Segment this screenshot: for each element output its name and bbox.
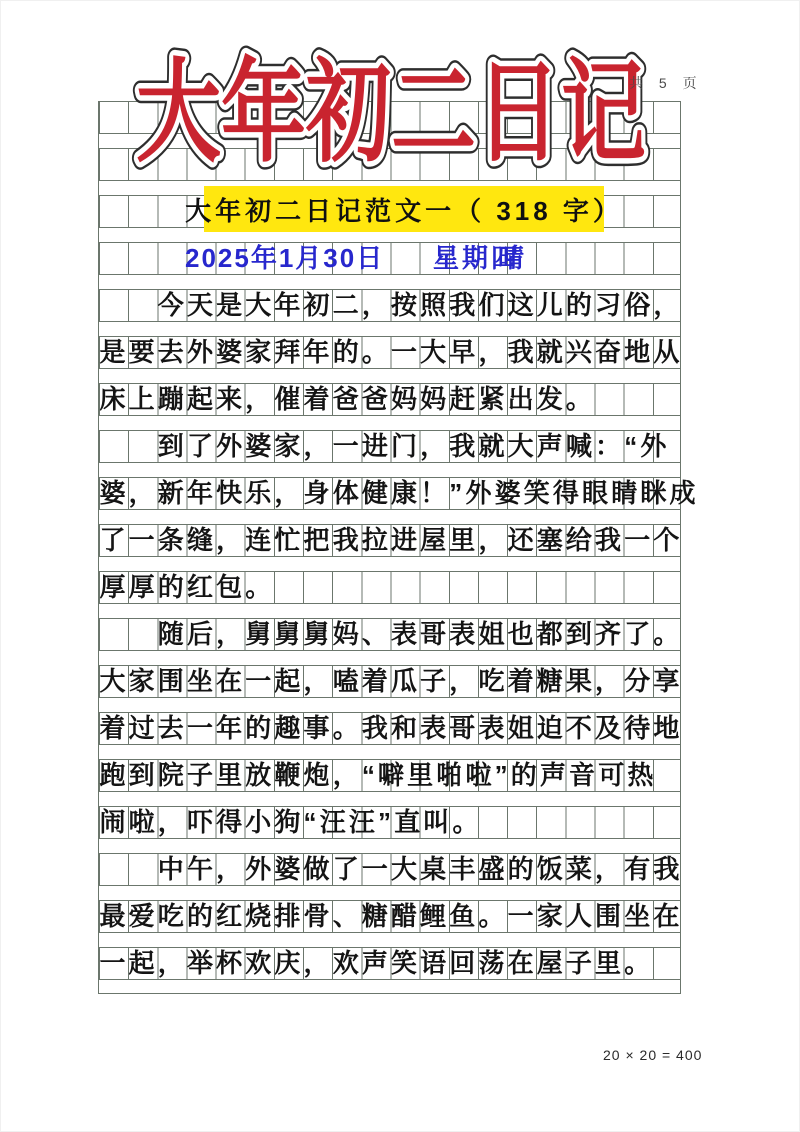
body-line: 厚厚的红包。: [98, 572, 698, 603]
body-line: 中午，外婆做了一大桌丰盛的饭菜，有我: [98, 854, 698, 885]
sheet-note: 20 × 20 = 400: [603, 1047, 702, 1063]
body-line: 了一条缝，连忙把我拉进屋里，还塞给我一个: [98, 525, 698, 556]
page-title: 大年初二日记: [136, 50, 646, 175]
body-line: 一起，举杯欢庆，欢声笑语回荡在屋子里。: [98, 948, 698, 979]
body-line: 闹啦，吓得小狗“汪汪”直叫。: [98, 807, 698, 838]
body-line: 最爱吃的红烧排骨、糖醋鲤鱼。一家人围坐在: [98, 901, 698, 932]
subtitle-highlight: 大年初二日记范文一（ 318 字）: [204, 186, 604, 232]
body-line: 着过去一年的趣事。我和表哥表姐迫不及待地: [98, 713, 698, 744]
body-line: 随后，舅舅舅妈、表哥表姐也都到齐了。: [98, 619, 698, 650]
weather-text: 晴: [498, 243, 524, 274]
subtitle-text: 大年初二日记范文一（ 318 字）: [185, 191, 623, 228]
body-line: 大家围坐在一起，嗑着瓜子，吃着糖果，分享: [98, 666, 698, 697]
page-title-art: 大年初二日记 大年初二日记 大年初二日记: [119, 36, 664, 186]
body-line: 是要去外婆家拜年的。一大早，我就兴奋地从: [98, 337, 698, 368]
pages-note: 共 5 页: [629, 73, 703, 93]
body-line: 床上蹦起来，催着爸爸妈妈赶紧出发。: [98, 384, 698, 415]
body-line: 到了外婆家，一进门，我就大声喊：“外: [98, 431, 698, 462]
body-line: 婆，新年快乐，身体健康！”外婆笑得眼睛眯成: [98, 478, 698, 509]
body-line: 跑到院子里放鞭炮，“噼里啪啦”的声音可热: [98, 760, 698, 791]
diary-page: 大年初二日记 大年初二日记 大年初二日记 共 5 页 大年初二日记范文一（ 31…: [0, 0, 800, 1132]
date-text: 2025年1月30日: [185, 243, 384, 274]
body-line: 今天是大年初二，按照我们这儿的习俗，: [98, 290, 698, 321]
